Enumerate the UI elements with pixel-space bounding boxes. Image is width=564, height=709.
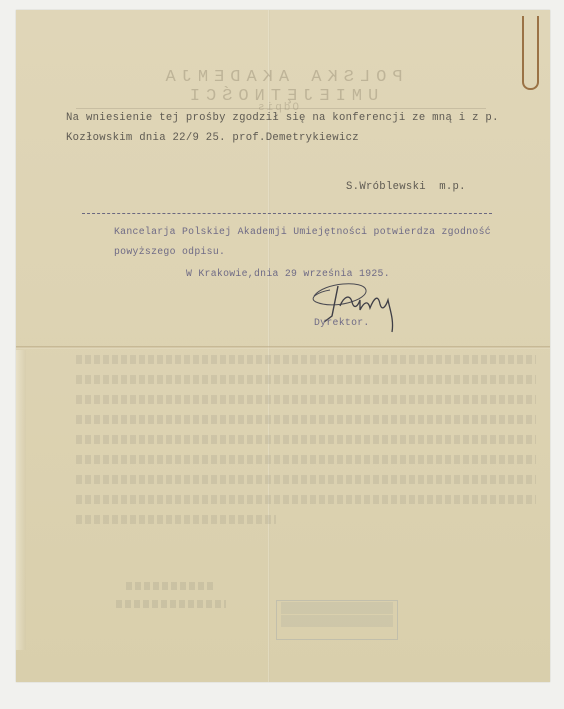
body-line-2: Kozłowskim dnia 22/9 25. prof.Demetrykie…	[66, 132, 359, 144]
document-page: POLSKA AKADEMJA UMIEJĘTNOŚCI Odpis Na wn…	[16, 10, 550, 682]
bleedthrough-line	[116, 600, 226, 608]
bleedthrough-line	[76, 455, 536, 464]
director-title: Dyrektor.	[314, 317, 370, 328]
body-line-1: Na wniesienie tej prośby zgodził się na …	[66, 112, 499, 124]
bleedthrough-line	[126, 582, 216, 590]
bleedthrough-line	[76, 375, 536, 384]
faded-stamp	[276, 600, 398, 640]
worn-edge	[16, 350, 26, 650]
certification-line-1: Kancelarja Polskiej Akademji Umiejętnośc…	[114, 226, 491, 237]
paperclip-stain	[522, 16, 539, 90]
certification-line-2: powyższego odpisu.	[114, 246, 225, 257]
dashed-separator	[82, 213, 492, 214]
signatory-name: S.Wróblewski m.p.	[346, 181, 466, 193]
bleedthrough-line	[76, 475, 536, 484]
bleedthrough-line	[76, 495, 536, 504]
bleedthrough-line	[76, 435, 536, 444]
bleedthrough-line	[76, 355, 536, 364]
bleedthrough-line	[76, 415, 536, 424]
horizontal-fold	[16, 346, 550, 349]
bleedthrough-line	[76, 515, 276, 524]
bleedthrough-line	[76, 395, 536, 404]
